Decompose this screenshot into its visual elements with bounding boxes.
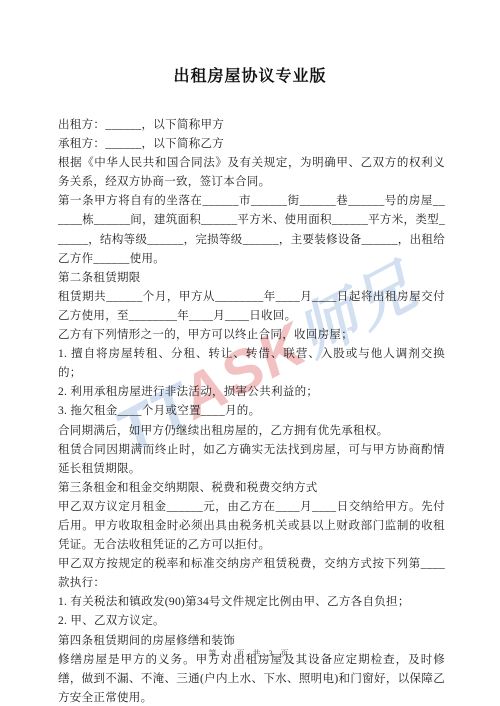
paragraph: 乙方有下列情形之一的，甲方可以终止合同，收回房屋； (58, 326, 445, 345)
paragraph: 1. 有关税法和镇政发(90)第34号文件规定比例由甲、乙方各自负担； (58, 593, 445, 612)
document-page: TTASK师兄 出租房屋协议专业版 出租方：______，以下简称甲方 承租方：… (0, 0, 500, 706)
paragraph: 承租方：______，以下简称乙方 (58, 135, 445, 154)
paragraph: 租赁合同因期满而终止时，如乙方确实无法找到房屋，可与甲方协商酌情延长租赁期限。 (58, 441, 445, 479)
paragraph: 出租方：______，以下简称甲方 (58, 116, 445, 135)
document-title: 出租房屋协议专业版 (0, 0, 500, 86)
paragraph: 2. 甲、乙双方议定。 (58, 612, 445, 631)
paragraph: 3. 拖欠租金____个月或空置____月的。 (58, 402, 445, 421)
page-footer: 第 1 页 共 3 页 (0, 648, 500, 659)
paragraph: 根据《中华人民共和国合同法》及有关规定，为明确甲、乙双方的权利义务关系，经双方协… (58, 154, 445, 192)
paragraph: 甲乙双方按规定的税率和标准交纳房产租赁税费，交纳方式按下列第____款执行： (58, 555, 445, 593)
paragraph: 第三条租金和租金交纳期限、税费和税费交纳方式 (58, 479, 445, 498)
paragraph: 第一条甲方将自有的坐落在______市______街______巷______号… (58, 192, 445, 268)
document-body: 出租方：______，以下简称甲方 承租方：______，以下简称乙方 根据《中… (58, 116, 445, 706)
paragraph: 2. 利用承租房屋进行非法活动，损害公共利益的； (58, 383, 445, 402)
paragraph: 合同期满后，如甲方仍继续出租房屋的，乙方拥有优先承租权。 (58, 422, 445, 441)
paragraph: 第二条租赁期限 (58, 269, 445, 288)
paragraph: 1. 擅自将房屋转租、分租、转让、转借、联营、入股或与他人调剂交换的； (58, 345, 445, 383)
paragraph: 甲乙双方议定月租金______元，由乙方在____月____日交纳给甲方。先付后… (58, 498, 445, 555)
paragraph: 租赁期共______个月，甲方从________年____月____日起将出租房… (58, 288, 445, 326)
